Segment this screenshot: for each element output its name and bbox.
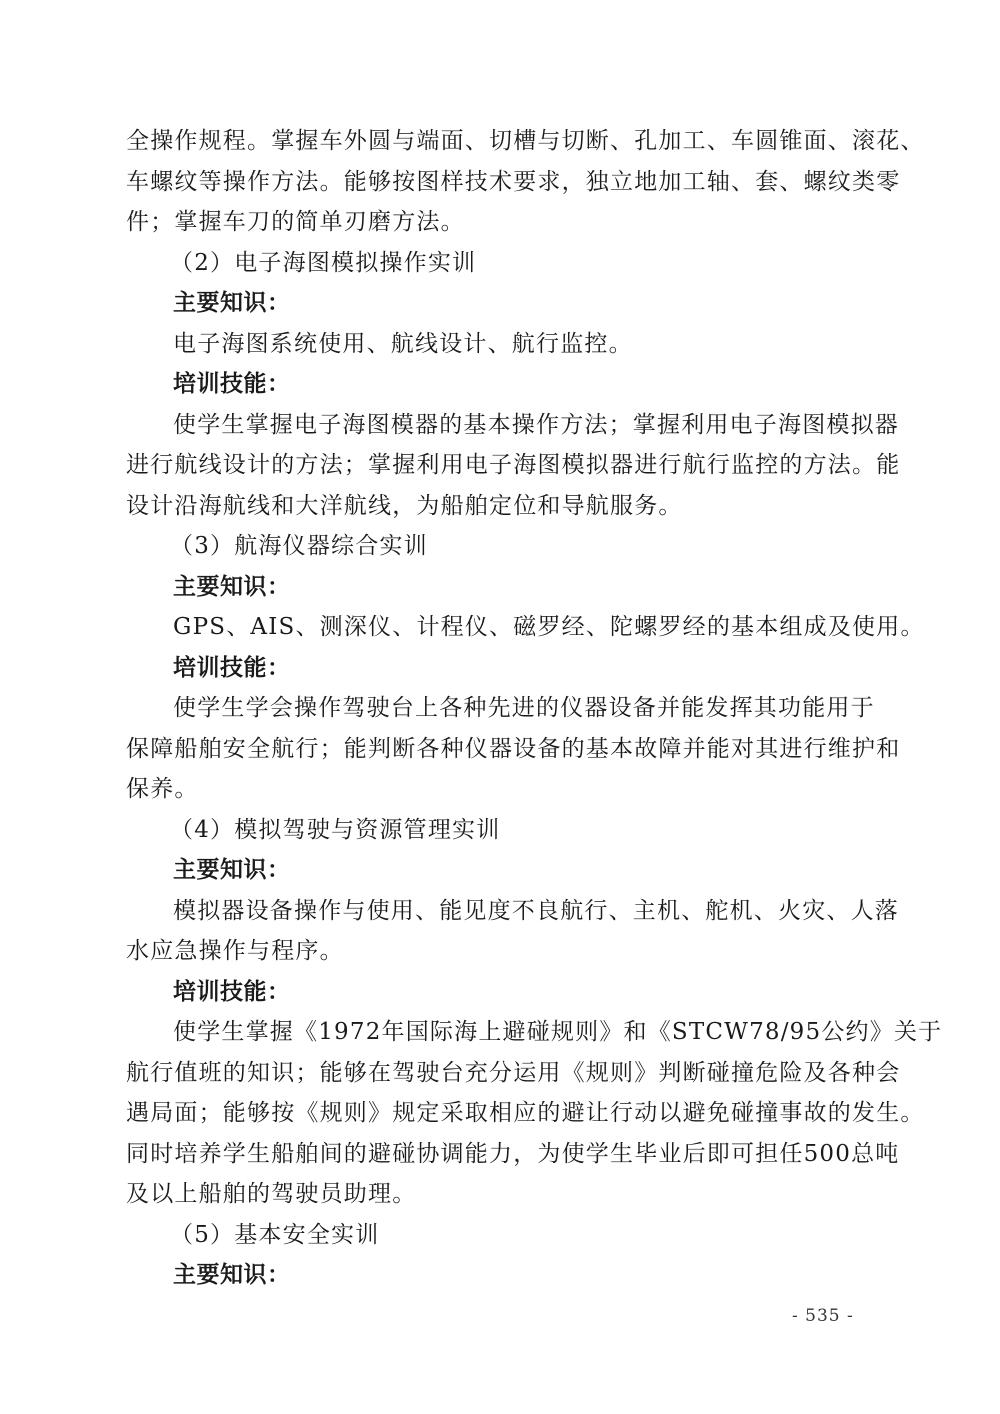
paragraph-line: 同时培养学生船舶间的避碰协调能力，为使学生毕业后即可担任500总吨 — [126, 1134, 874, 1175]
paragraph-line: 及以上船舶的驾驶员助理。 — [126, 1174, 874, 1215]
paragraph-line: 使学生掌握电子海图模器的基本操作方法；掌握利用电子海图模拟器 — [126, 405, 874, 446]
paragraph-line: 设计沿海航线和大洋航线，为船舶定位和导航服务。 — [126, 486, 874, 527]
section-heading: （3）航海仪器综合实训 — [126, 526, 874, 567]
section-heading: （4）模拟驾驶与资源管理实训 — [126, 810, 874, 851]
knowledge-label: 主要知识： — [126, 283, 874, 324]
skills-label: 培训技能： — [126, 364, 874, 405]
paragraph-line: 全操作规程。掌握车外圆与端面、切槽与切断、孔加工、车圆锥面、滚花、 — [126, 121, 874, 162]
paragraph-line: 进行航线设计的方法；掌握利用电子海图模拟器进行航行监控的方法。能 — [126, 445, 874, 486]
paragraph-line: 保障船舶安全航行；能判断各种仪器设备的基本故障并能对其进行维护和 — [126, 729, 874, 770]
paragraph-line: 遇局面；能够按《规则》规定采取相应的避让行动以避免碰撞事故的发生。 — [126, 1093, 874, 1134]
paragraph-line: 车螺纹等操作方法。能够按图样技术要求，独立地加工轴、套、螺纹类零 — [126, 162, 874, 203]
paragraph-line: 航行值班的知识；能够在驾驶台充分运用《规则》判断碰撞危险及各种会 — [126, 1053, 874, 1094]
paragraph-line: 件；掌握车刀的简单刃磨方法。 — [126, 202, 874, 243]
knowledge-label: 主要知识： — [126, 567, 874, 608]
section-heading: （5）基本安全实训 — [126, 1215, 874, 1256]
knowledge-label: 主要知识： — [126, 1255, 874, 1296]
paragraph-line: 使学生掌握《1972年国际海上避碰规则》和《STCW78/95公约》关于 — [126, 1012, 874, 1053]
skills-label: 培训技能： — [126, 648, 874, 689]
knowledge-label: 主要知识： — [126, 850, 874, 891]
paragraph-line: GPS、AIS、测深仪、计程仪、磁罗经、陀螺罗经的基本组成及使用。 — [126, 607, 874, 648]
paragraph-line: 模拟器设备操作与使用、能见度不良航行、主机、舵机、火灾、人落 — [126, 891, 874, 932]
paragraph-line: 水应急操作与程序。 — [126, 931, 874, 972]
paragraph-line: 使学生学会操作驾驶台上各种先进的仪器设备并能发挥其功能用于 — [126, 688, 874, 729]
section-heading: （2）电子海图模拟操作实训 — [126, 243, 874, 284]
page-number: - 535 - — [792, 1306, 854, 1326]
document-page: 全操作规程。掌握车外圆与端面、切槽与切断、孔加工、车圆锥面、滚花、 车螺纹等操作… — [126, 121, 874, 1296]
paragraph-line: 电子海图系统使用、航线设计、航行监控。 — [126, 324, 874, 365]
skills-label: 培训技能： — [126, 972, 874, 1013]
paragraph-line: 保养。 — [126, 769, 874, 810]
